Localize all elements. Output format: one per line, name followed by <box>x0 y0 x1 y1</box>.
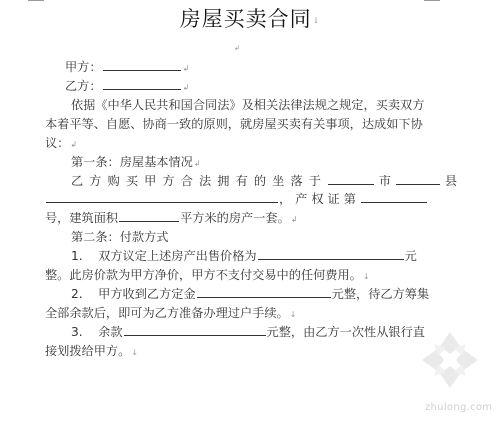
article-2-item-3-cont: 接划拨给甲方。↓ <box>45 342 500 362</box>
paragraph-mark-icon: ↓ <box>131 348 138 357</box>
watermark-text: zhulong.com <box>425 402 492 413</box>
